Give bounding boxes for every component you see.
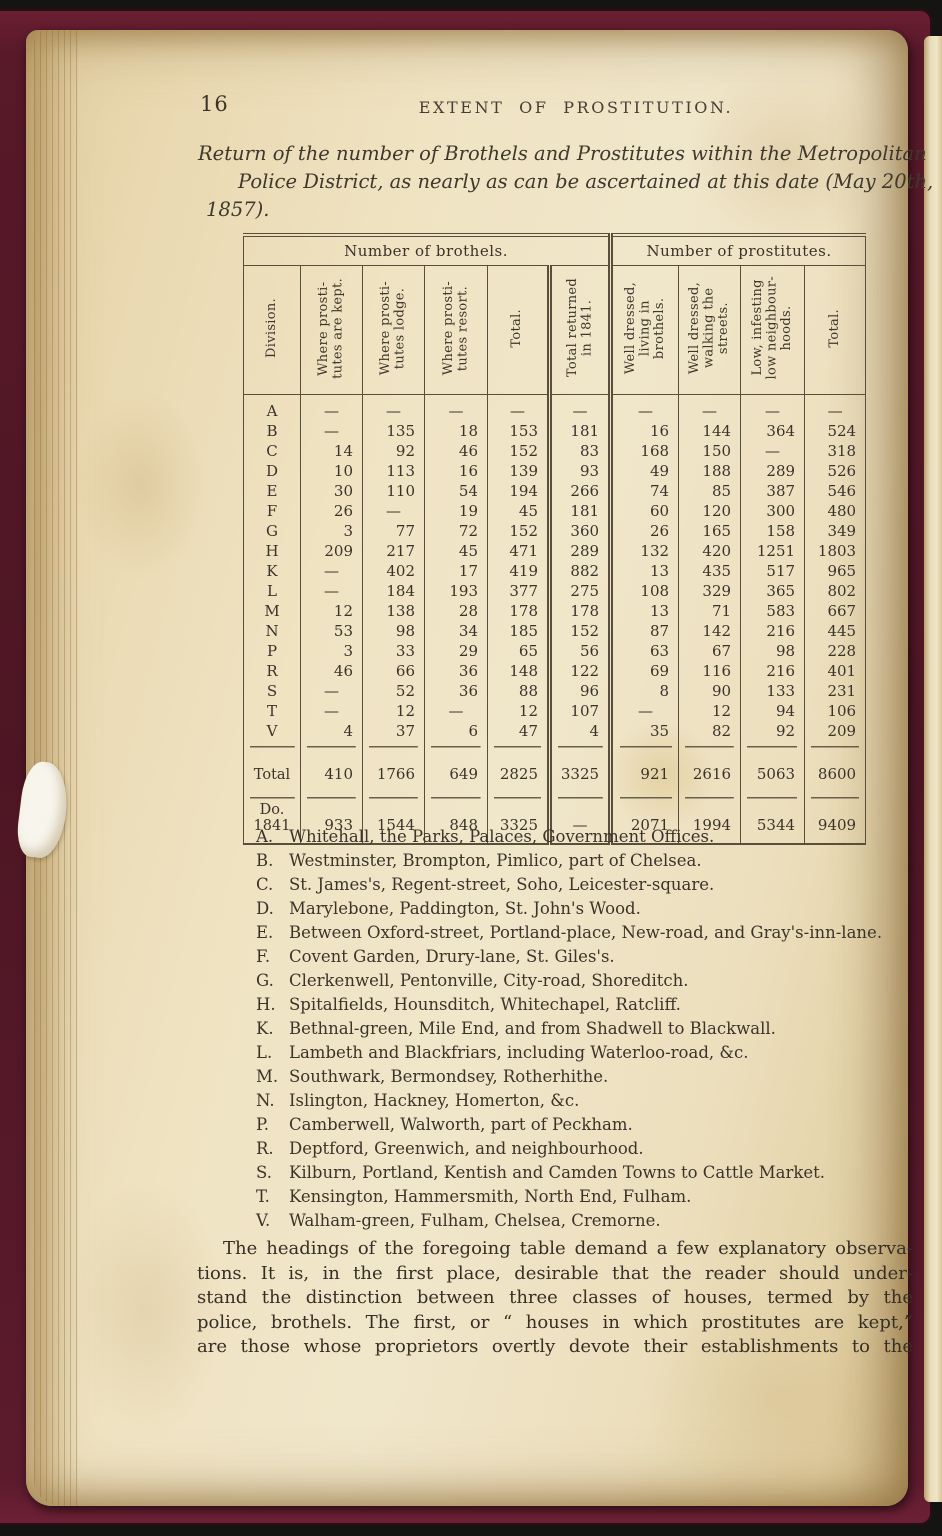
value-cell: 12 [301,601,363,621]
value-cell: 148 [488,661,550,681]
legend-item: V. Walham-green, Fulham, Chelsea, Cremor… [256,1209,936,1233]
value-cell: 82 [679,721,741,741]
value-cell: 165 [679,521,741,541]
value-cell: 209 [301,541,363,561]
legend-text: Islington, Hackney, Homerton, &c. [289,1089,936,1113]
value-cell: — [301,581,363,601]
legend-key: V. [256,1209,289,1233]
legend-text: Camberwell, Walworth, part of Peckham. [289,1113,936,1137]
caption-line: Police District, as nearly as can be asc… [198,168,922,196]
legend-text: Covent Garden, Drury-lane, St. Giles's. [289,945,936,969]
value-cell: 802 [805,581,866,601]
table-row: M 12 138 28 178 178 13 71 583 667 [244,601,866,621]
value-cell: 188 [679,461,741,481]
value-cell: 419 [488,561,550,581]
table-row: G 3 77 72 152 360 26 165 158 349 [244,521,866,541]
value-cell: — [301,421,363,441]
value-cell: 365 [741,581,805,601]
legend-text: Kensington, Hammersmith, North End, Fulh… [289,1185,936,1209]
value-cell: 138 [363,601,425,621]
value-cell: 69 [611,661,679,681]
value-cell: — [611,701,679,721]
value-cell: 72 [425,521,488,541]
value-cell: 349 [805,521,866,541]
value-cell: 18 [425,421,488,441]
value-cell: 142 [679,621,741,641]
value-cell: 133 [741,681,805,701]
value-cell: 150 [679,441,741,461]
value-cell: 1803 [805,541,866,561]
caption-line: 1857). [198,196,922,224]
value-cell: 13 [611,601,679,621]
value-cell: — [611,395,679,422]
value-cell: 108 [611,581,679,601]
legend-item: E. Between Oxford-street, Portland-place… [256,921,936,945]
value-cell: 45 [488,501,550,521]
value-cell: — [301,561,363,581]
value-cell: 266 [550,481,611,501]
legend-text: Westminster, Brompton, Pimlico, part of … [289,849,936,873]
value-cell: 107 [550,701,611,721]
value-cell: 94 [741,701,805,721]
legend-key: F. [256,945,289,969]
paragraph-line: police, brothels. The first, or “ houses… [197,1311,913,1336]
legend-item: M. Southwark, Bermondsey, Rotherhithe. [256,1065,936,1089]
value-cell: 6 [425,721,488,741]
value-cell: 228 [805,641,866,661]
legend-key: H. [256,993,289,1017]
total-value-cell: 8600 [805,741,866,792]
value-cell: 12 [363,701,425,721]
value-cell: 122 [550,661,611,681]
value-cell: 67 [679,641,741,661]
legend-item: R. Deptford, Greenwich, and neighbourhoo… [256,1137,936,1161]
table-row: V 4 37 6 47 4 35 82 92 209 [244,721,866,741]
value-cell: 289 [550,541,611,561]
legend-item: H. Spitalfields, Hounsditch, Whitechapel… [256,993,936,1017]
value-cell: 402 [363,561,425,581]
value-cell: 93 [550,461,611,481]
value-cell: 135 [363,421,425,441]
value-cell: 90 [679,681,741,701]
value-cell: 583 [741,601,805,621]
value-cell: 36 [425,681,488,701]
value-cell: — [301,701,363,721]
value-cell: 10 [301,461,363,481]
value-cell: — [363,395,425,422]
col-header-total-brothels: Total. [488,266,550,395]
value-cell: 401 [805,661,866,681]
value-cell: 45 [425,541,488,561]
value-cell: 4 [301,721,363,741]
paragraph-line: The headings of the foregoing table dema… [197,1237,913,1262]
value-cell: 96 [550,681,611,701]
value-cell: 83 [550,441,611,461]
legend-key: N. [256,1089,289,1113]
value-cell: 116 [679,661,741,681]
brothels-prostitutes-table: Number of brothels. Number of prostitute… [243,233,866,845]
value-cell: 53 [301,621,363,641]
total-value-cell: 2616 [679,741,741,792]
value-cell: 49 [611,461,679,481]
legend-item: N. Islington, Hackney, Homerton, &c. [256,1089,936,1113]
legend-item: K. Bethnal-green, Mile End, and from Sha… [256,1017,936,1041]
legend-item: S. Kilburn, Portland, Kentish and Camden… [256,1161,936,1185]
value-cell: — [488,395,550,422]
col-header-well-dressed-streets: Well dressed, walking the streets. [679,266,741,395]
value-cell: 152 [488,441,550,461]
value-cell: 19 [425,501,488,521]
table-row: H 209 217 45 471 289 132 420 1251 1803 [244,541,866,561]
value-cell: 289 [741,461,805,481]
value-cell: 60 [611,501,679,521]
legend-item: A. Whitehall, the Parks, Palaces, Govern… [256,825,936,849]
value-cell: 185 [488,621,550,641]
value-cell: 98 [741,641,805,661]
value-cell: 1251 [741,541,805,561]
value-cell: 16 [611,421,679,441]
legend-text: Marylebone, Paddington, St. John's Wood. [289,897,936,921]
value-cell: 54 [425,481,488,501]
value-cell: 46 [425,441,488,461]
value-cell: 3 [301,521,363,541]
total-value-cell: 2825 [488,741,550,792]
legend-key: S. [256,1161,289,1185]
value-cell: 52 [363,681,425,701]
caption-line: Return of the number of Brothels and Pro… [198,140,922,168]
value-cell: 30 [301,481,363,501]
legend-item: G. Clerkenwell, Pentonville, City-road, … [256,969,936,993]
value-cell: 209 [805,721,866,741]
value-cell: 480 [805,501,866,521]
value-cell: 275 [550,581,611,601]
book-scan: 16 EXTENT OF PROSTITUTION. Return of the… [0,0,942,1536]
value-cell: 231 [805,681,866,701]
facing-page-edge [924,36,942,1502]
value-cell: — [425,701,488,721]
col-header-kept: Where prosti- tutes are kept. [301,266,363,395]
value-cell: 193 [425,581,488,601]
value-cell: 882 [550,561,611,581]
table-row: E 30 110 54 194 266 74 85 387 546 [244,481,866,501]
value-cell: 194 [488,481,550,501]
value-cell: 144 [679,421,741,441]
legend-key: G. [256,969,289,993]
value-cell: 152 [550,621,611,641]
value-cell: 98 [363,621,425,641]
legend-item: C. St. James's, Regent-street, Soho, Lei… [256,873,936,897]
value-cell: 37 [363,721,425,741]
value-cell: 26 [611,521,679,541]
legend-text: Between Oxford-street, Portland-place, N… [289,921,936,945]
book-page: 16 EXTENT OF PROSTITUTION. Return of the… [26,30,908,1506]
division-cell: F [244,501,301,521]
legend-item: D. Marylebone, Paddington, St. John's Wo… [256,897,936,921]
total-value-cell: 1766 [363,741,425,792]
group-header-brothels: Number of brothels. [244,235,611,266]
col-header-total-prostitutes: Total. [805,266,866,395]
value-cell: 377 [488,581,550,601]
value-cell: 318 [805,441,866,461]
value-cell: 28 [425,601,488,621]
division-cell: E [244,481,301,501]
value-cell: 34 [425,621,488,641]
value-cell: 546 [805,481,866,501]
value-cell: 667 [805,601,866,621]
col-header-division: Division. [244,266,301,395]
table-row: A — — — — — — — — — [244,395,866,422]
division-legend: A. Whitehall, the Parks, Palaces, Govern… [256,825,936,1233]
division-cell: R [244,661,301,681]
value-cell: 46 [301,661,363,681]
table-row: D 10 113 16 139 93 49 188 289 526 [244,461,866,481]
legend-text: Southwark, Bermondsey, Rotherhithe. [289,1065,936,1089]
value-cell: — [425,395,488,422]
value-cell: 74 [611,481,679,501]
value-cell: 71 [679,601,741,621]
legend-text: Lambeth and Blackfriars, including Water… [289,1041,936,1065]
value-cell: 153 [488,421,550,441]
value-cell: 387 [741,481,805,501]
total-row: Total 410 1766 649 2825 3325 921 2616 50… [244,741,866,792]
value-cell: 66 [363,661,425,681]
division-cell: M [244,601,301,621]
value-cell: 152 [488,521,550,541]
value-cell: 56 [550,641,611,661]
legend-key: L. [256,1041,289,1065]
value-cell: — [550,395,611,422]
value-cell: 77 [363,521,425,541]
total-value-cell: 5063 [741,741,805,792]
legend-text: Spitalfields, Hounsditch, Whitechapel, R… [289,993,936,1017]
legend-text: St. James's, Regent-street, Soho, Leices… [289,873,936,897]
value-cell: 33 [363,641,425,661]
value-cell: — [805,395,866,422]
value-cell: 113 [363,461,425,481]
value-cell: 36 [425,661,488,681]
value-cell: 3 [301,641,363,661]
total-value-cell: 921 [611,741,679,792]
table-row: N 53 98 34 185 152 87 142 216 445 [244,621,866,641]
legend-key: K. [256,1017,289,1041]
value-cell: 445 [805,621,866,641]
value-cell: 8 [611,681,679,701]
legend-text: Walham-green, Fulham, Chelsea, Cremorne. [289,1209,936,1233]
legend-item: B. Westminster, Brompton, Pimlico, part … [256,849,936,873]
table-row: B — 135 18 153 181 16 144 364 524 [244,421,866,441]
col-header-lodge: Where prosti- tutes lodge. [363,266,425,395]
legend-item: P. Camberwell, Walworth, part of Peckham… [256,1113,936,1137]
value-cell: 364 [741,421,805,441]
legend-key: T. [256,1185,289,1209]
value-cell: 12 [488,701,550,721]
legend-key: E. [256,921,289,945]
value-cell: 106 [805,701,866,721]
value-cell: 435 [679,561,741,581]
col-header-resort: Where prosti- tutes resort. [425,266,488,395]
value-cell: 92 [363,441,425,461]
value-cell: 471 [488,541,550,561]
table-row: S — 52 36 88 96 8 90 133 231 [244,681,866,701]
total-label-cell: Total [244,741,301,792]
division-cell: V [244,721,301,741]
legend-item: T. Kensington, Hammersmith, North End, F… [256,1185,936,1209]
value-cell: — [741,441,805,461]
value-cell: 420 [679,541,741,561]
legend-text: Kilburn, Portland, Kentish and Camden To… [289,1161,936,1185]
legend-text: Bethnal-green, Mile End, and from Shadwe… [289,1017,936,1041]
division-cell: S [244,681,301,701]
division-cell: K [244,561,301,581]
division-cell: P [244,641,301,661]
value-cell: 85 [679,481,741,501]
value-cell: 14 [301,441,363,461]
value-cell: 12 [679,701,741,721]
division-cell: N [244,621,301,641]
value-cell: 13 [611,561,679,581]
col-header-well-dressed-brothels: Well dressed, living in brothels. [611,266,679,395]
table-caption: Return of the number of Brothels and Pro… [198,140,922,224]
value-cell: 26 [301,501,363,521]
legend-key: D. [256,897,289,921]
table-row: R 46 66 36 148 122 69 116 216 401 [244,661,866,681]
value-cell: 120 [679,501,741,521]
division-cell: C [244,441,301,461]
value-cell: — [363,501,425,521]
column-header-row: Division. Where prosti- tutes are kept. … [244,266,866,395]
legend-key: P. [256,1113,289,1137]
legend-key: M. [256,1065,289,1089]
value-cell: — [741,395,805,422]
value-cell: 88 [488,681,550,701]
value-cell: 17 [425,561,488,581]
division-cell: B [244,421,301,441]
table-row: K — 402 17 419 882 13 435 517 965 [244,561,866,581]
division-cell: G [244,521,301,541]
value-cell: 87 [611,621,679,641]
value-cell: 132 [611,541,679,561]
legend-key: A. [256,825,289,849]
division-cell: H [244,541,301,561]
col-header-low-neighbourhoods: Low, infesting low neighbour- hoods. [741,266,805,395]
legend-item: L. Lambeth and Blackfriars, including Wa… [256,1041,936,1065]
value-cell: 217 [363,541,425,561]
value-cell: 517 [741,561,805,581]
group-header-prostitutes: Number of prostitutes. [611,235,866,266]
legend-text: Clerkenwell, Pentonville, City-road, Sho… [289,969,936,993]
table-row: T — 12 — 12 107 — 12 94 106 [244,701,866,721]
value-cell: 35 [611,721,679,741]
table-row: F 26 — 19 45 181 60 120 300 480 [244,501,866,521]
value-cell: — [301,395,363,422]
legend-key: B. [256,849,289,873]
table-row: P 3 33 29 65 56 63 67 98 228 [244,641,866,661]
value-cell: 329 [679,581,741,601]
value-cell: 184 [363,581,425,601]
division-cell: A [244,395,301,422]
value-cell: 178 [550,601,611,621]
value-cell: 139 [488,461,550,481]
value-cell: 92 [741,721,805,741]
body-paragraph: The headings of the foregoing table dema… [197,1237,913,1360]
group-header-row: Number of brothels. Number of prostitute… [244,235,866,266]
value-cell: — [679,395,741,422]
legend-key: C. [256,873,289,897]
total-value-cell: 3325 [550,741,611,792]
paragraph-line: stand the distinction between three clas… [197,1286,913,1311]
value-cell: — [301,681,363,701]
paper-stain [76,390,206,580]
col-header-total-1841: Total returned in 1841. [550,266,611,395]
value-cell: 168 [611,441,679,461]
division-cell: L [244,581,301,601]
value-cell: 178 [488,601,550,621]
table-row: L — 184 193 377 275 108 329 365 802 [244,581,866,601]
value-cell: 300 [741,501,805,521]
value-cell: 360 [550,521,611,541]
value-cell: 63 [611,641,679,661]
table-row: C 14 92 46 152 83 168 150 — 318 [244,441,866,461]
division-cell: D [244,461,301,481]
division-cell: T [244,701,301,721]
total-value-cell: 410 [301,741,363,792]
value-cell: 16 [425,461,488,481]
value-cell: 181 [550,421,611,441]
paragraph-line: tions. It is, in the first place, desira… [197,1262,913,1287]
value-cell: 47 [488,721,550,741]
legend-key: R. [256,1137,289,1161]
legend-text: Whitehall, the Parks, Palaces, Governmen… [289,825,936,849]
total-value-cell: 649 [425,741,488,792]
legend-text: Deptford, Greenwich, and neighbourhood. [289,1137,936,1161]
value-cell: 158 [741,521,805,541]
paragraph-line: are those whose proprietors overtly devo… [197,1335,913,1360]
value-cell: 4 [550,721,611,741]
value-cell: 181 [550,501,611,521]
legend-item: F. Covent Garden, Drury-lane, St. Giles'… [256,945,936,969]
value-cell: 524 [805,421,866,441]
value-cell: 216 [741,621,805,641]
value-cell: 29 [425,641,488,661]
value-cell: 65 [488,641,550,661]
value-cell: 110 [363,481,425,501]
value-cell: 526 [805,461,866,481]
value-cell: 216 [741,661,805,681]
running-head: EXTENT OF PROSTITUTION. [166,98,942,117]
value-cell: 965 [805,561,866,581]
